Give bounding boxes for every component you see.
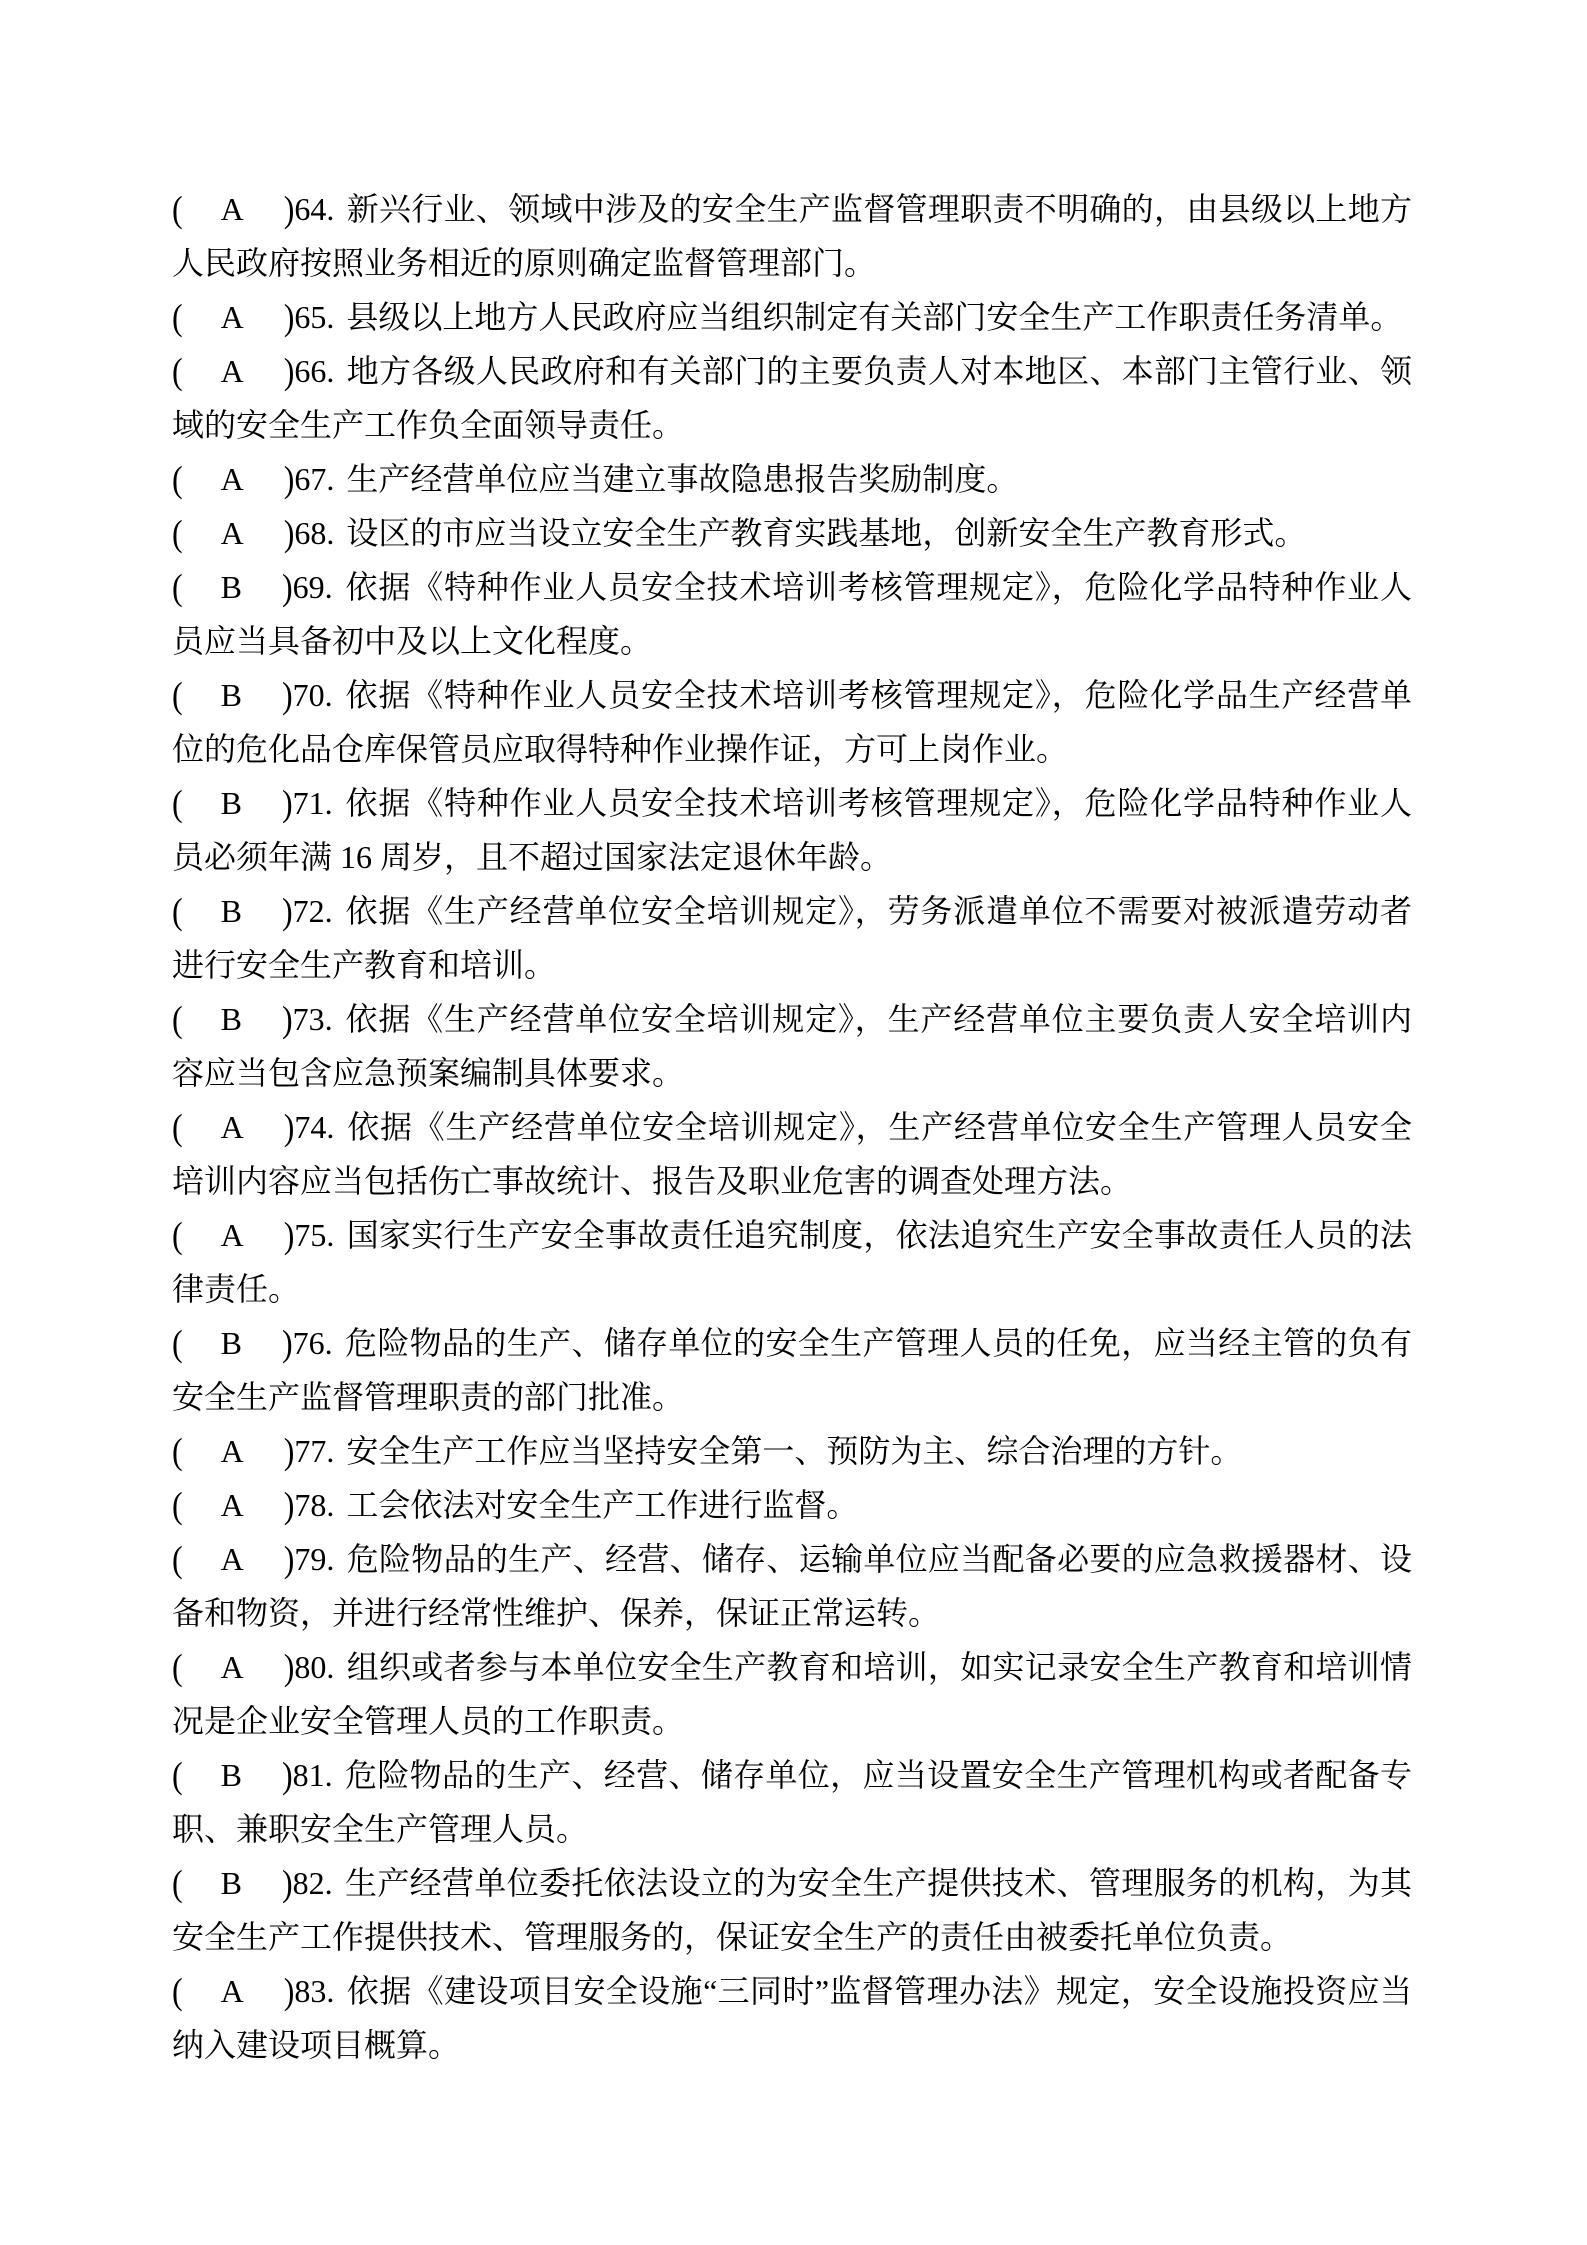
paren-open-mark: (: [172, 1960, 183, 2022]
question-text: 地方各级人民政府和有关部门的主要负责人对本地区、本部门主管行业、领域的安全生产工…: [172, 353, 1412, 443]
question-number: 68.: [294, 506, 334, 560]
question-item: (B)73.依据《生产经营单位安全培训规定》，生产经营单位主要负责人安全培训内容…: [172, 992, 1412, 1100]
question-number: 77.: [294, 1424, 334, 1478]
answer-letter: A: [183, 344, 284, 398]
question-text: 依据《生产经营单位安全培训规定》，劳务派遣单位不需要对被派遣劳动者进行安全生产教…: [172, 893, 1412, 983]
paren-close-mark: ): [282, 664, 293, 726]
question-number: 83.: [294, 1964, 334, 2018]
answer-letter: A: [183, 1532, 284, 1586]
paren-close-mark: ): [282, 772, 293, 834]
question-item: (B)71.依据《特种作业人员安全技术培训考核管理规定》，危险化学品特种作业人员…: [172, 776, 1412, 884]
answer-bracket: (A): [172, 1217, 294, 1253]
answer-bracket: (A): [172, 1973, 294, 2009]
paren-close-mark: ): [284, 1096, 295, 1158]
question-text: 依据《特种作业人员安全技术培训考核管理规定》，危险化学品生产经营单位的危化品仓库…: [172, 677, 1412, 767]
question-item: (A)83.依据《建设项目安全设施“三同时”监督管理办法》规定，安全设施投资应当…: [172, 1964, 1412, 2072]
paren-close-mark: ): [282, 1852, 293, 1914]
answer-bracket: (A): [172, 461, 294, 497]
answer-letter: B: [183, 1748, 282, 1802]
question-number: 81.: [293, 1748, 333, 1802]
paren-open-mark: (: [172, 178, 183, 240]
paren-close-mark: ): [284, 1204, 295, 1266]
question-item: (A)79.危险物品的生产、经营、储存、运输单位应当配备必要的应急救援器材、设备…: [172, 1532, 1412, 1640]
paren-open-mark: (: [172, 988, 183, 1050]
question-item: (B)76.危险物品的生产、储存单位的安全生产管理人员的任免，应当经主管的负有安…: [172, 1316, 1412, 1424]
question-number: 74.: [294, 1100, 334, 1154]
answer-letter: A: [183, 1478, 284, 1532]
question-text: 安全生产工作应当坚持安全第一、预防为主、综合治理的方针。: [346, 1433, 1242, 1469]
question-item: (A)65.县级以上地方人民政府应当组织制定有关部门安全生产工作职责任务清单。: [172, 290, 1412, 344]
answer-letter: A: [183, 1424, 284, 1478]
answer-letter: A: [183, 1208, 284, 1262]
question-text: 依据《特种作业人员安全技术培训考核管理规定》，危险化学品特种作业人员应当具备初中…: [172, 569, 1412, 659]
paren-open-mark: (: [172, 1636, 183, 1698]
paren-open-mark: (: [172, 1096, 183, 1158]
question-text: 依据《生产经营单位安全培训规定》，生产经营单位主要负责人安全培训内容应当包含应急…: [172, 1001, 1412, 1091]
answer-bracket: (A): [172, 1433, 294, 1469]
paren-open-mark: (: [172, 772, 183, 834]
question-number: 64.: [294, 182, 334, 236]
question-number: 76.: [293, 1316, 333, 1370]
question-text: 新兴行业、领域中涉及的安全生产监督管理职责不明确的，由县级以上地方人民政府按照业…: [172, 191, 1412, 281]
paren-open-mark: (: [172, 1744, 183, 1806]
answer-bracket: (B): [172, 1325, 293, 1361]
answer-bracket: (B): [172, 1001, 293, 1037]
paren-open-mark: (: [172, 1528, 183, 1590]
question-number: 72.: [293, 884, 333, 938]
question-item: (A)77.安全生产工作应当坚持安全第一、预防为主、综合治理的方针。: [172, 1424, 1412, 1478]
answer-letter: B: [183, 776, 282, 830]
paren-close-mark: ): [284, 1474, 295, 1536]
question-item: (A)64.新兴行业、领域中涉及的安全生产监督管理职责不明确的，由县级以上地方人…: [172, 182, 1412, 290]
question-number: 69.: [293, 560, 333, 614]
paren-close-mark: ): [282, 1744, 293, 1806]
answer-letter: B: [183, 668, 282, 722]
question-item: (A)67.生产经营单位应当建立事故隐患报告奖励制度。: [172, 452, 1412, 506]
answer-letter: A: [183, 1964, 284, 2018]
paren-open-mark: (: [172, 1420, 183, 1482]
answer-bracket: (A): [172, 1487, 294, 1523]
paren-close-mark: ): [284, 1960, 295, 2022]
answer-bracket: (B): [172, 1865, 293, 1901]
answer-bracket: (A): [172, 353, 294, 389]
question-item: (A)78.工会依法对安全生产工作进行监督。: [172, 1478, 1412, 1532]
paren-open-mark: (: [172, 880, 183, 942]
answer-letter: A: [183, 506, 284, 560]
question-text: 依据《建设项目安全设施“三同时”监督管理办法》规定，安全设施投资应当纳入建设项目…: [172, 1973, 1412, 2063]
paren-open-mark: (: [172, 1204, 183, 1266]
paren-open-mark: (: [172, 1312, 183, 1374]
document-page: (A)64.新兴行业、领域中涉及的安全生产监督管理职责不明确的，由县级以上地方人…: [0, 0, 1587, 2245]
question-number: 71.: [293, 776, 333, 830]
paren-close-mark: ): [282, 1312, 293, 1374]
answer-letter: A: [183, 290, 284, 344]
question-number: 73.: [293, 992, 333, 1046]
paren-close-mark: ): [284, 448, 295, 510]
question-text: 工会依法对安全生产工作进行监督。: [346, 1487, 858, 1523]
question-number: 75.: [294, 1208, 334, 1262]
question-text: 设区的市应当设立安全生产教育实践基地，创新安全生产教育形式。: [346, 515, 1306, 551]
answer-bracket: (B): [172, 677, 293, 713]
question-item: (B)72.依据《生产经营单位安全培训规定》，劳务派遣单位不需要对被派遣劳动者进…: [172, 884, 1412, 992]
question-item: (A)80.组织或者参与本单位安全生产教育和培训，如实记录安全生产教育和培训情况…: [172, 1640, 1412, 1748]
paren-close-mark: ): [284, 178, 295, 240]
answer-letter: B: [183, 992, 282, 1046]
answer-bracket: (A): [172, 1649, 294, 1685]
answer-letter: B: [183, 884, 282, 938]
question-number: 70.: [293, 668, 333, 722]
paren-close-mark: ): [284, 1636, 295, 1698]
answer-bracket: (A): [172, 515, 294, 551]
paren-open-mark: (: [172, 448, 183, 510]
answer-letter: B: [183, 560, 282, 614]
question-list: (A)64.新兴行业、领域中涉及的安全生产监督管理职责不明确的，由县级以上地方人…: [172, 182, 1412, 2072]
paren-close-mark: ): [282, 988, 293, 1050]
question-text: 危险物品的生产、经营、储存、运输单位应当配备必要的应急救援器材、设备和物资，并进…: [172, 1541, 1412, 1631]
question-number: 80.: [294, 1640, 334, 1694]
question-number: 66.: [294, 344, 334, 398]
question-item: (A)68.设区的市应当设立安全生产教育实践基地，创新安全生产教育形式。: [172, 506, 1412, 560]
question-text: 国家实行生产安全事故责任追究制度，依法追究生产安全事故责任人员的法律责任。: [172, 1217, 1412, 1307]
question-text: 生产经营单位应当建立事故隐患报告奖励制度。: [346, 461, 1018, 497]
question-item: (A)75.国家实行生产安全事故责任追究制度，依法追究生产安全事故责任人员的法律…: [172, 1208, 1412, 1316]
paren-open-mark: (: [172, 556, 183, 618]
answer-letter: A: [183, 1100, 284, 1154]
answer-bracket: (B): [172, 569, 293, 605]
question-text: 危险物品的生产、经营、储存单位，应当设置安全生产管理机构或者配备专职、兼职安全生…: [172, 1757, 1412, 1847]
question-number: 67.: [294, 452, 334, 506]
paren-close-mark: ): [284, 1420, 295, 1482]
paren-close-mark: ): [284, 286, 295, 348]
question-item: (A)74.依据《生产经营单位安全培训规定》，生产经营单位安全生产管理人员安全培…: [172, 1100, 1412, 1208]
paren-close-mark: ): [284, 340, 295, 402]
answer-bracket: (A): [172, 299, 294, 335]
question-item: (B)82.生产经营单位委托依法设立的为安全生产提供技术、管理服务的机构，为其安…: [172, 1856, 1412, 1964]
paren-close-mark: ): [282, 880, 293, 942]
paren-open-mark: (: [172, 340, 183, 402]
paren-open-mark: (: [172, 664, 183, 726]
answer-bracket: (A): [172, 1109, 294, 1145]
question-text: 组织或者参与本单位安全生产教育和培训，如实记录安全生产教育和培训情况是企业安全管…: [172, 1649, 1412, 1739]
answer-letter: A: [183, 1640, 284, 1694]
question-number: 78.: [294, 1478, 334, 1532]
question-text: 生产经营单位委托依法设立的为安全生产提供技术、管理服务的机构，为其安全生产工作提…: [172, 1865, 1412, 1955]
answer-letter: B: [183, 1856, 282, 1910]
question-item: (B)69.依据《特种作业人员安全技术培训考核管理规定》，危险化学品特种作业人员…: [172, 560, 1412, 668]
paren-close-mark: ): [284, 502, 295, 564]
paren-close-mark: ): [284, 1528, 295, 1590]
answer-letter: A: [183, 452, 284, 506]
question-number: 65.: [294, 290, 334, 344]
paren-open-mark: (: [172, 1474, 183, 1536]
question-number: 79.: [294, 1532, 334, 1586]
question-text: 危险物品的生产、储存单位的安全生产管理人员的任免，应当经主管的负有安全生产监督管…: [172, 1325, 1412, 1415]
answer-bracket: (A): [172, 1541, 294, 1577]
answer-letter: A: [183, 182, 284, 236]
answer-letter: B: [183, 1316, 282, 1370]
question-item: (B)81.危险物品的生产、经营、储存单位，应当设置安全生产管理机构或者配备专职…: [172, 1748, 1412, 1856]
answer-bracket: (B): [172, 893, 293, 929]
question-text: 依据《生产经营单位安全培训规定》，生产经营单位安全生产管理人员安全培训内容应当包…: [172, 1109, 1412, 1199]
answer-bracket: (A): [172, 191, 294, 227]
paren-open-mark: (: [172, 286, 183, 348]
question-item: (A)66.地方各级人民政府和有关部门的主要负责人对本地区、本部门主管行业、领域…: [172, 344, 1412, 452]
answer-bracket: (B): [172, 785, 293, 821]
answer-bracket: (B): [172, 1757, 293, 1793]
question-number: 82.: [293, 1856, 333, 1910]
question-item: (B)70.依据《特种作业人员安全技术培训考核管理规定》，危险化学品生产经营单位…: [172, 668, 1412, 776]
paren-close-mark: ): [282, 556, 293, 618]
question-text: 县级以上地方人民政府应当组织制定有关部门安全生产工作职责任务清单。: [346, 299, 1402, 335]
paren-open-mark: (: [172, 1852, 183, 1914]
question-text: 依据《特种作业人员安全技术培训考核管理规定》，危险化学品特种作业人员必须年满 1…: [172, 785, 1412, 875]
paren-open-mark: (: [172, 502, 183, 564]
